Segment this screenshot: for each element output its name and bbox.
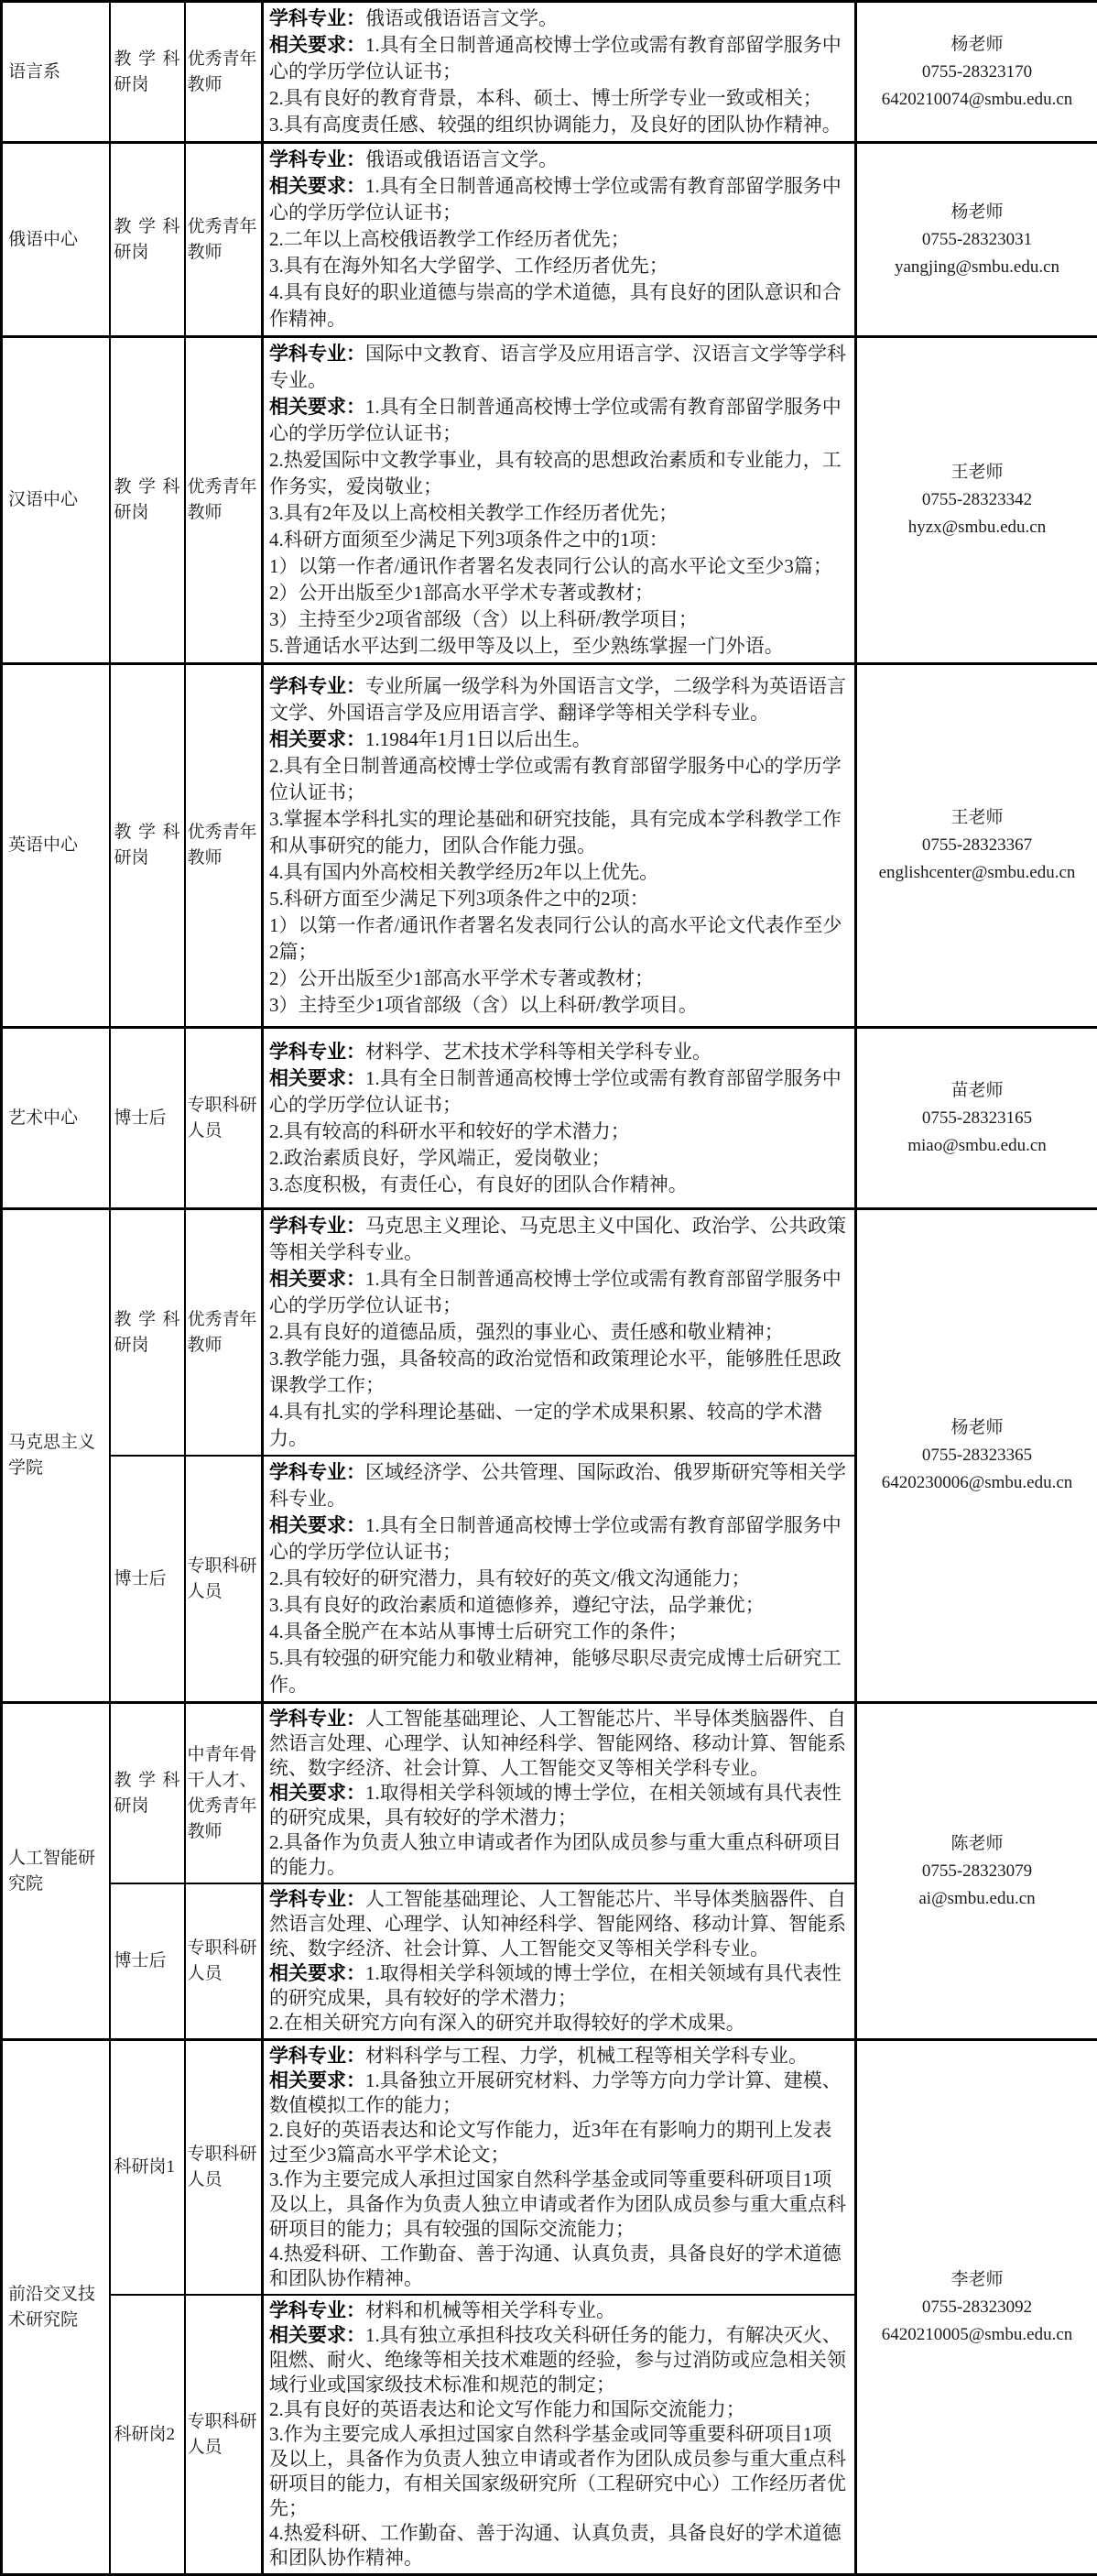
- contact-cell: 苗老师 0755-28323165 miao@smbu.edu.cn: [856, 1028, 1097, 1209]
- table-row: 英语中心 教学科研岗 优秀青年教师 学科专业：专业所属一级学科为外国语言文学，二…: [2, 664, 1097, 1028]
- requirement-line: 相关要求：1.具有全日制普通高校博士学位或需有教育部留学服务中心的学历学位认证书…: [269, 173, 849, 226]
- requirement-line: 2.具有良好的英语表达和论文写作能力和国际交流能力；: [269, 2397, 849, 2422]
- requirement-line: 3）主持至少2项省部级（含）以上科研/教学项目；: [269, 606, 849, 633]
- contact-cell: 杨老师 0755-28323031 yangjing@smbu.edu.cn: [856, 143, 1097, 337]
- requirement-line: 4.具备全脱产在本站从事博士后研究工作的条件；: [269, 1619, 849, 1645]
- contact-phone: 0755-28323367: [861, 832, 1093, 859]
- requirements-cell: 学科专业：材料和机械等相关学科专业。相关要求：1.具有独立承担科技攻关科研任务的…: [263, 2295, 856, 2575]
- post-type-cell: 博士后: [110, 1028, 185, 1209]
- requirement-line: 2）公开出版至少1部高水平学术专著或教材；: [269, 966, 849, 992]
- requirements-cell: 学科专业：俄语或俄语语言文学。相关要求：1.具有全日制普通高校博士学位或需有教育…: [263, 143, 856, 337]
- post-type-cell: 教学科研岗: [110, 337, 185, 664]
- contact-email: 6420230006@smbu.edu.cn: [861, 1469, 1093, 1497]
- contact-email: 6420210005@smbu.edu.cn: [861, 2321, 1093, 2349]
- post-type-cell: 教学科研岗: [110, 664, 185, 1028]
- contact-phone: 0755-28323165: [861, 1105, 1093, 1132]
- table-row: 汉语中心 教学科研岗 优秀青年教师 学科专业：国际中文教育、语言学及应用语言学、…: [2, 337, 1097, 664]
- requirement-line: 相关要求：1.具备独立开展研究材料、力学等方向力学计算、建模、数值模拟工作的能力…: [269, 2068, 849, 2118]
- requirement-line: 学科专业：专业所属一级学科为外国语言文学，二级学科为英语语言文学、外国语言学及应…: [269, 673, 849, 726]
- contact-cell: 杨老师 0755-28323170 6420210074@smbu.edu.cn: [856, 2, 1097, 143]
- position-title-cell: 优秀青年教师: [185, 1209, 263, 1457]
- requirement-line: 5.普通话水平达到二级甲等及以上，至少熟练掌握一门外语。: [269, 633, 849, 660]
- contact-phone: 0755-28323170: [861, 59, 1093, 86]
- requirements-cell: 学科专业：俄语或俄语语言文学。相关要求：1.具有全日制普通高校博士学位或需有教育…: [263, 2, 856, 143]
- requirement-line: 2.热爱国际中文教学事业，具有较高的思想政治素质和专业能力，工作务实，爱岗敬业；: [269, 447, 849, 500]
- requirement-line: 5.具有较强的研究能力和敬业精神，能够尽职尽责完成博士后研究工作。: [269, 1645, 849, 1698]
- dept-cell: 汉语中心: [2, 337, 110, 664]
- requirement-line: 3）主持至少1项省部级（含）以上科研/教学项目。: [269, 992, 849, 1019]
- post-type-cell: 教学科研岗: [110, 2, 185, 143]
- requirement-line: 学科专业：材料学、艺术技术学科等相关学科专业。: [269, 1039, 849, 1065]
- dept-cell: 艺术中心: [2, 1028, 110, 1209]
- position-title-cell: 优秀青年教师: [185, 337, 263, 664]
- requirement-line: 相关要求：1.具有全日制普通高校博士学位或需有教育部留学服务中心的学历学位认证书…: [269, 1266, 849, 1319]
- requirement-line: 相关要求：1.取得相关学科领域的博士学位，在相关领域有具代表性的研究成果，具有较…: [269, 1781, 849, 1830]
- requirement-line: 相关要求：1.1984年1月1日以后出生。: [269, 726, 849, 753]
- requirement-line: 2.具备作为负责人独立申请或者作为团队成员参与重大重点科研项目的能力。: [269, 1830, 849, 1880]
- requirement-line: 4.具有良好的职业道德与崇高的学术道德，具有良好的团队意识和合作精神。: [269, 279, 849, 333]
- requirement-line: 2.在相关研究方向有深入的研究并取得较好的学术成果。: [269, 2011, 849, 2036]
- contact-cell: 王老师 0755-28323342 hyzx@smbu.edu.cn: [856, 337, 1097, 664]
- requirement-line: 学科专业：区域经济学、公共管理、国际政治、俄罗斯研究等相关学科专业。: [269, 1459, 849, 1512]
- contact-name: 李老师: [861, 2266, 1093, 2294]
- dept-cell: 俄语中心: [2, 143, 110, 337]
- requirement-line: 学科专业：人工智能基础理论、人工智能芯片、半导体类脑器件、自然语言处理、心理学、…: [269, 1887, 849, 1961]
- position-title-cell: 优秀青年教师: [185, 664, 263, 1028]
- post-type-cell: 教学科研岗: [110, 1209, 185, 1457]
- dept-cell: 马克思主义学院: [2, 1209, 110, 1703]
- requirements-cell: 学科专业：专业所属一级学科为外国语言文学，二级学科为英语语言文学、外国语言学及应…: [263, 664, 856, 1028]
- requirement-line: 2）公开出版至少1部高水平学术专著或教材；: [269, 580, 849, 606]
- dept-cell: 前沿交叉技术研究院: [2, 2040, 110, 2575]
- requirement-line: 3.具有良好的政治素质和道德修养，遵纪守法，品学兼优；: [269, 1592, 849, 1619]
- contact-phone: 0755-28323342: [861, 486, 1093, 514]
- contact-phone: 0755-28323079: [861, 1858, 1093, 1885]
- post-type-cell: 科研岗2: [110, 2295, 185, 2575]
- requirement-line: 4.具有扎实的学科理论基础、一定的学术成果积累、较高的学术潜力。: [269, 1399, 849, 1452]
- requirement-line: 4.热爱科研、工作勤奋、善于沟通、认真负责，具备良好的学术道德和团队协作精神。: [269, 2242, 849, 2291]
- requirement-line: 2.二年以上高校俄语教学工作经历者优先；: [269, 226, 849, 253]
- contact-cell: 王老师 0755-28323367 englishcenter@smbu.edu…: [856, 664, 1097, 1028]
- requirement-line: 学科专业：材料科学与工程、力学，机械工程等相关学科专业。: [269, 2044, 849, 2068]
- requirement-line: 2.具有良好的教育背景，本科、硕士、博士所学专业一致或相关；: [269, 85, 849, 112]
- requirement-line: 4.热爱科研、工作勤奋、善于沟通、认真负责，具备良好的学术道德和团队协作精神。: [269, 2521, 849, 2571]
- requirement-line: 学科专业：国际中文教育、语言学及应用语言学、汉语言文学等学科专业。: [269, 341, 849, 394]
- requirement-line: 2.具有较高的科研水平和较好的学术潜力；: [269, 1119, 849, 1145]
- dept-cell: 人工智能研究院: [2, 1703, 110, 2040]
- contact-name: 苗老师: [861, 1077, 1093, 1105]
- requirement-line: 5.科研方面至少满足下列3项条件之中的2项：: [269, 886, 849, 912]
- position-title-cell: 专职科研人员: [185, 1456, 263, 1703]
- requirement-line: 4.具有国内外高校相关教学经历2年以上优先。: [269, 859, 849, 886]
- contact-cell: 陈老师 0755-28323079 ai@smbu.edu.cn: [856, 1703, 1097, 2040]
- table-row: 语言系 教学科研岗 优秀青年教师 学科专业：俄语或俄语语言文学。相关要求：1.具…: [2, 2, 1097, 143]
- position-title-cell: 专职科研人员: [185, 1028, 263, 1209]
- requirement-line: 相关要求：1.取得相关学科领域的博士学位，在相关领域有具代表性的研究成果，具有较…: [269, 1961, 849, 2011]
- requirement-line: 相关要求：1.具有全日制普通高校博士学位或需有教育部留学服务中心的学历学位认证书…: [269, 394, 849, 447]
- requirements-cell: 学科专业：国际中文教育、语言学及应用语言学、汉语言文学等学科专业。相关要求：1.…: [263, 337, 856, 664]
- requirements-cell: 学科专业：人工智能基础理论、人工智能芯片、半导体类脑器件、自然语言处理、心理学、…: [263, 1703, 856, 1884]
- post-type-cell: 科研岗1: [110, 2040, 185, 2296]
- requirement-line: 相关要求：1.具有全日制普通高校博士学位或需有教育部留学服务中心的学历学位认证书…: [269, 1065, 849, 1119]
- contact-email: miao@smbu.edu.cn: [861, 1132, 1093, 1160]
- position-title-cell: 优秀青年教师: [185, 143, 263, 337]
- requirement-line: 3.掌握本学科扎实的理论基础和研究技能，具有完成本学科教学工作和从事研究的能力，…: [269, 806, 849, 859]
- contact-cell: 杨老师 0755-28323365 6420230006@smbu.edu.cn: [856, 1209, 1097, 1703]
- requirement-line: 学科专业：俄语或俄语语言文学。: [269, 147, 849, 173]
- requirement-line: 相关要求：1.具有全日制普通高校博士学位或需有教育部留学服务中心的学历学位认证书…: [269, 32, 849, 85]
- contact-email: ai@smbu.edu.cn: [861, 1885, 1093, 1913]
- contact-name: 杨老师: [861, 31, 1093, 59]
- requirements-cell: 学科专业：材料科学与工程、力学，机械工程等相关学科专业。相关要求：1.具备独立开…: [263, 2040, 856, 2296]
- requirement-line: 1）以第一作者/通讯作者署名发表同行公认的高水平论文至少3篇；: [269, 553, 849, 580]
- table-row: 艺术中心 博士后 专职科研人员 学科专业：材料学、艺术技术学科等相关学科专业。相…: [2, 1028, 1097, 1209]
- post-type-cell: 教学科研岗: [110, 143, 185, 337]
- requirement-line: 相关要求：1.具有全日制普通高校博士学位或需有教育部留学服务中心的学历学位认证书…: [269, 1512, 849, 1566]
- requirement-line: 3.具有在海外知名大学留学、工作经历者优先；: [269, 253, 849, 279]
- requirements-cell: 学科专业：区域经济学、公共管理、国际政治、俄罗斯研究等相关学科专业。相关要求：1…: [263, 1456, 856, 1703]
- requirement-line: 2.具有较好的研究潜力，具有较好的英文/俄文沟通能力；: [269, 1566, 849, 1592]
- requirement-line: 4.科研方面须至少满足下列3项条件之中的1项：: [269, 527, 849, 553]
- post-type-cell: 博士后: [110, 1456, 185, 1703]
- contact-name: 杨老师: [861, 1414, 1093, 1442]
- requirements-cell: 学科专业：人工智能基础理论、人工智能芯片、半导体类脑器件、自然语言处理、心理学、…: [263, 1883, 856, 2040]
- contact-name: 王老师: [861, 804, 1093, 832]
- position-title-cell: 专职科研人员: [185, 1883, 263, 2040]
- position-title-cell: 中青年骨干人才、优秀青年教师: [185, 1703, 263, 1884]
- requirement-line: 学科专业：马克思主义理论、马克思主义中国化、政治学、公共政策等相关学科专业。: [269, 1213, 849, 1266]
- requirement-line: 1）以第一作者/通讯作者署名发表同行公认的高水平论文代表作至少2篇；: [269, 912, 849, 966]
- contact-name: 杨老师: [861, 199, 1093, 226]
- contact-phone: 0755-28323092: [861, 2294, 1093, 2321]
- requirement-line: 2.具有良好的道德品质，强烈的事业心、责任感和敬业精神；: [269, 1319, 849, 1346]
- requirement-line: 3.作为主要完成人承担过国家自然科学基金或同等重要科研项目1项及以上，具备作为负…: [269, 2167, 849, 2242]
- contact-email: 6420210074@smbu.edu.cn: [861, 86, 1093, 114]
- table-row: 人工智能研究院 教学科研岗 中青年骨干人才、优秀青年教师 学科专业：人工智能基础…: [2, 1703, 1097, 1884]
- contact-email: hyzx@smbu.edu.cn: [861, 514, 1093, 541]
- table-row: 马克思主义学院 教学科研岗 优秀青年教师 学科专业：马克思主义理论、马克思主义中…: [2, 1209, 1097, 1457]
- table-row: 前沿交叉技术研究院 科研岗1 专职科研人员 学科专业：材料科学与工程、力学，机械…: [2, 2040, 1097, 2296]
- requirement-line: 3.具有2年及以上高校相关教学工作经历者优先；: [269, 500, 849, 527]
- contact-cell: 李老师 0755-28323092 6420210005@smbu.edu.cn: [856, 2040, 1097, 2575]
- requirement-line: 3.态度积极，有责任心，有良好的团队合作精神。: [269, 1172, 849, 1198]
- contact-name: 王老师: [861, 459, 1093, 486]
- requirement-line: 学科专业：材料和机械等相关学科专业。: [269, 2298, 849, 2323]
- position-title-cell: 优秀青年教师: [185, 2, 263, 143]
- dept-cell: 英语中心: [2, 664, 110, 1028]
- requirement-line: 3.作为主要完成人承担过国家自然科学基金或同等重要科研项目1项及以上，具备作为负…: [269, 2422, 849, 2521]
- recruitment-table: 语言系 教学科研岗 优秀青年教师 学科专业：俄语或俄语语言文学。相关要求：1.具…: [0, 0, 1097, 2576]
- position-title-cell: 专职科研人员: [185, 2295, 263, 2575]
- contact-phone: 0755-28323031: [861, 226, 1093, 254]
- requirement-line: 3.具有高度责任感、较强的组织协调能力，及良好的团队协作精神。: [269, 112, 849, 138]
- requirement-line: 3.教学能力强，具备较高的政治觉悟和政策理论水平，能够胜任思政课教学工作；: [269, 1346, 849, 1399]
- contact-name: 陈老师: [861, 1830, 1093, 1858]
- requirement-line: 学科专业：俄语或俄语语言文学。: [269, 5, 849, 32]
- position-title-cell: 专职科研人员: [185, 2040, 263, 2296]
- dept-cell: 语言系: [2, 2, 110, 143]
- contact-email: englishcenter@smbu.edu.cn: [861, 859, 1093, 887]
- contact-phone: 0755-28323365: [861, 1442, 1093, 1469]
- requirement-line: 2.政治素质良好，学风端正，爱岗敬业；: [269, 1145, 849, 1172]
- requirement-line: 学科专业：人工智能基础理论、人工智能芯片、半导体类脑器件、自然语言处理、心理学、…: [269, 1707, 849, 1781]
- requirement-line: 2.具有全日制普通高校博士学位或需有教育部留学服务中心的学历学位认证书；: [269, 753, 849, 806]
- requirements-cell: 学科专业：马克思主义理论、马克思主义中国化、政治学、公共政策等相关学科专业。相关…: [263, 1209, 856, 1457]
- requirement-line: 相关要求：1.具有独立承担科技攻关科研任务的能力，有解决灭火、阻燃、耐火、绝缘等…: [269, 2323, 849, 2397]
- post-type-cell: 博士后: [110, 1883, 185, 2040]
- post-type-cell: 教学科研岗: [110, 1703, 185, 1884]
- contact-email: yangjing@smbu.edu.cn: [861, 254, 1093, 281]
- requirements-cell: 学科专业：材料学、艺术技术学科等相关学科专业。相关要求：1.具有全日制普通高校博…: [263, 1028, 856, 1209]
- requirement-line: 2.良好的英语表达和论文写作能力，近3年在有影响力的期刊上发表过至少3篇高水平学…: [269, 2118, 849, 2167]
- table-row: 俄语中心 教学科研岗 优秀青年教师 学科专业：俄语或俄语语言文学。相关要求：1.…: [2, 143, 1097, 337]
